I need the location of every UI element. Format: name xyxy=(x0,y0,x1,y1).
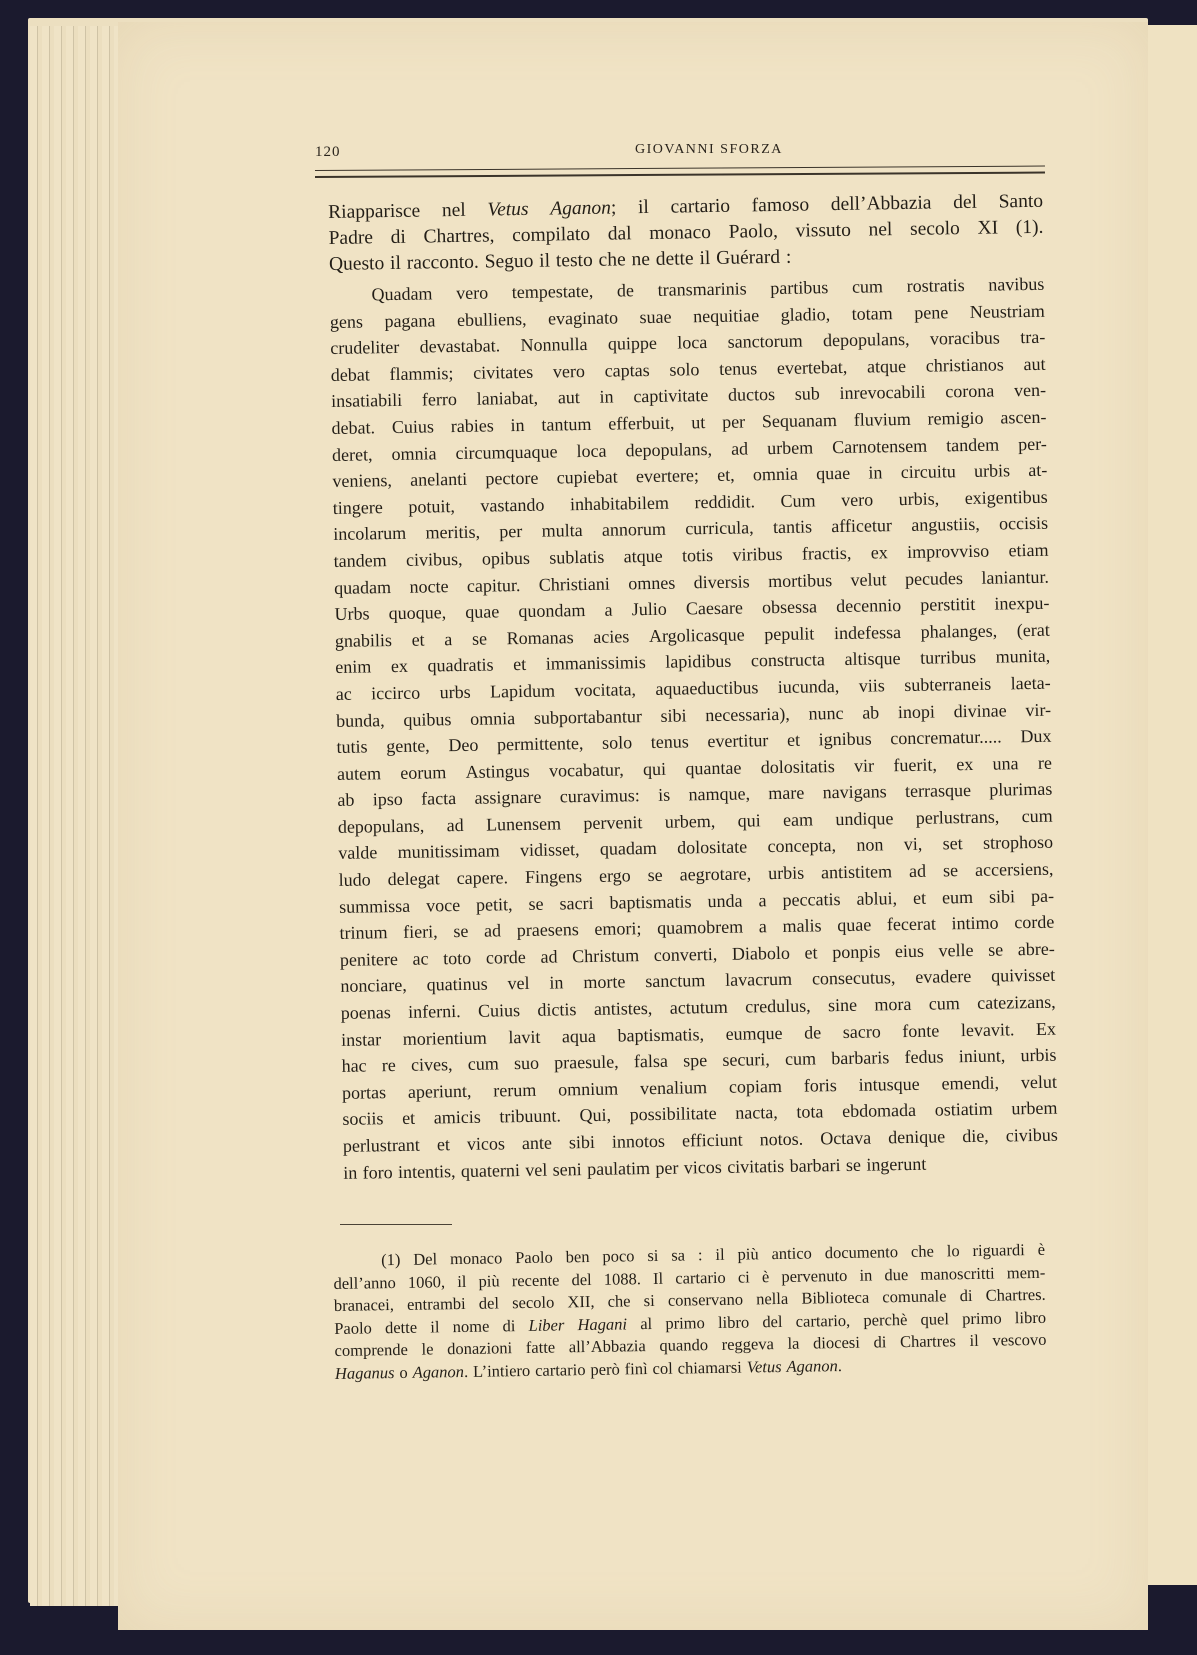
word: quamobrem xyxy=(657,914,743,942)
word: in xyxy=(343,1159,357,1186)
word: turribus xyxy=(920,644,976,671)
word: portas xyxy=(342,1079,386,1106)
word: nunc xyxy=(808,699,843,726)
word: XII, xyxy=(567,1291,594,1314)
word: pa- xyxy=(1031,882,1054,909)
word: testo xyxy=(556,248,593,275)
word: solo xyxy=(669,356,699,383)
word: se xyxy=(648,862,663,889)
word: converti, xyxy=(654,941,718,969)
word: credulus, xyxy=(745,993,811,1021)
word: in xyxy=(510,412,524,439)
word: evertitur xyxy=(707,727,768,755)
word: Vetus xyxy=(747,1355,782,1378)
word: tribuunt. xyxy=(499,1103,561,1131)
word: sacro xyxy=(843,1018,881,1045)
word: più xyxy=(737,1243,758,1266)
word: dette xyxy=(656,246,694,273)
word: aegrotare, xyxy=(679,861,751,889)
word: ebdomada xyxy=(842,1097,916,1125)
word: il xyxy=(969,1330,979,1353)
word: corde xyxy=(1014,909,1054,936)
word: libro xyxy=(1015,1306,1047,1329)
word: voracibus xyxy=(930,325,1000,353)
word: omnia xyxy=(470,705,515,732)
word: omnia xyxy=(753,461,798,488)
word: se xyxy=(528,890,543,917)
word: velut xyxy=(850,566,886,593)
word: Del xyxy=(413,1248,437,1271)
word: nonciare, xyxy=(340,972,407,1000)
word: terrasque xyxy=(905,777,971,805)
word: petit, xyxy=(476,891,513,918)
word: omnes xyxy=(628,569,675,596)
word: qui xyxy=(737,807,760,834)
word: a xyxy=(604,597,612,624)
word: Julio xyxy=(632,596,667,623)
word: corde xyxy=(486,944,526,971)
word: col xyxy=(652,1357,673,1380)
word: aquaeductibus xyxy=(655,674,758,702)
word: urbis xyxy=(1020,1042,1056,1069)
word: denique xyxy=(888,1123,945,1150)
word: ben xyxy=(566,1246,590,1269)
word: ad xyxy=(540,943,557,970)
word: exigentibus xyxy=(965,483,1048,511)
word: vi, xyxy=(904,831,923,858)
word: perlustrans, xyxy=(916,803,1000,831)
word: circumquaque xyxy=(455,438,557,466)
word: viis xyxy=(859,672,885,699)
word: fonte xyxy=(902,1017,939,1044)
word: sibi xyxy=(569,1129,595,1156)
word: civibus xyxy=(1006,1122,1058,1149)
word: il xyxy=(699,246,710,272)
word: angustiis, xyxy=(911,511,980,539)
word: ad xyxy=(909,858,926,885)
word: racconto. xyxy=(407,250,479,277)
word: tandem xyxy=(946,431,999,458)
word: diocesi xyxy=(813,1332,860,1355)
word: vidisset, xyxy=(520,837,580,865)
word: is xyxy=(658,782,670,809)
word: mora xyxy=(874,991,911,1018)
word: Aganon. xyxy=(786,1355,842,1378)
word: anelanti xyxy=(410,466,467,493)
word: immanissimis xyxy=(546,649,646,677)
word: urbis, xyxy=(898,485,939,512)
word: il xyxy=(715,1244,725,1267)
word: hac xyxy=(341,1053,366,1080)
word: Lunensem xyxy=(486,810,561,838)
word: fuerit, xyxy=(893,751,937,778)
word: libro xyxy=(718,1311,750,1334)
word: emendi, xyxy=(941,1069,999,1096)
word: sa xyxy=(671,1244,685,1267)
word: Chartres, xyxy=(423,223,494,250)
word: Padre xyxy=(328,225,373,252)
word: gnabilis xyxy=(335,627,392,654)
word: ci xyxy=(738,1266,750,1289)
word: veniens, xyxy=(332,467,392,495)
word: dell’Abbazia xyxy=(831,191,932,219)
word: assignare xyxy=(474,784,541,812)
word: navibus xyxy=(988,271,1044,298)
word: possibilitate xyxy=(629,1100,716,1128)
word: monaco xyxy=(450,1247,503,1270)
word: crudeliter xyxy=(330,334,399,362)
word: meritis, xyxy=(425,519,480,546)
word: actutum xyxy=(670,994,728,1022)
word: Dux xyxy=(1020,723,1051,750)
word: civitatis xyxy=(727,1153,784,1180)
word: monaco xyxy=(649,220,711,247)
word: pepulit xyxy=(764,620,814,647)
word: intusque xyxy=(858,1071,919,1099)
word: Qui, xyxy=(579,1102,611,1129)
word: incolarum xyxy=(333,520,406,548)
word: catezizans, xyxy=(977,989,1056,1017)
word: plurimas xyxy=(989,776,1052,804)
word: Paolo xyxy=(515,1247,553,1270)
word: suo xyxy=(514,1050,539,1077)
running-title: GIOVANNI SFORZA xyxy=(635,142,783,158)
word: depopulans, xyxy=(823,326,910,354)
word: una xyxy=(992,750,1018,777)
word: dette xyxy=(385,1316,417,1339)
word: baptismatis, xyxy=(617,1021,704,1049)
word: : xyxy=(786,245,792,271)
word: cum xyxy=(852,273,883,300)
word: Ex xyxy=(1036,1015,1056,1042)
word: totam xyxy=(852,300,893,327)
word: sublatis xyxy=(549,544,604,571)
word: inferni. xyxy=(408,998,461,1025)
word: dal xyxy=(608,221,632,247)
word: vicos xyxy=(684,1154,722,1181)
word: entrambi xyxy=(407,1293,466,1316)
word: tra- xyxy=(1020,324,1045,351)
word: se xyxy=(453,918,468,945)
word: namque, xyxy=(688,781,750,809)
word: decennio xyxy=(836,592,901,620)
word: inexpu- xyxy=(994,590,1049,617)
word: cum xyxy=(929,990,960,1017)
word: loca xyxy=(576,437,606,464)
word: Paolo xyxy=(334,1317,372,1340)
word: iniunt, xyxy=(959,1043,1006,1070)
word: et xyxy=(437,1131,450,1158)
word: autem xyxy=(337,760,381,787)
word: Christum xyxy=(572,942,639,970)
word: subportabantur xyxy=(534,703,642,731)
word: Caesare xyxy=(686,595,743,622)
word: foro xyxy=(362,1159,392,1186)
word: pagana xyxy=(384,307,435,334)
word: velle xyxy=(938,937,973,964)
word: finì xyxy=(625,1358,648,1381)
word: suae xyxy=(639,303,671,330)
word: o xyxy=(399,1361,408,1384)
word: bunda, xyxy=(336,707,385,734)
word: laeta- xyxy=(1010,670,1050,697)
word: multa xyxy=(541,517,582,544)
word: at- xyxy=(1028,457,1047,484)
word: all’Abbazia xyxy=(569,1335,646,1359)
word: Argolicasque xyxy=(649,621,745,649)
word: debat. xyxy=(331,414,375,441)
word: poenas xyxy=(341,999,391,1026)
word: Lapidum xyxy=(490,677,555,705)
word: chiamarsi xyxy=(677,1356,741,1380)
word: civibus, xyxy=(406,546,463,573)
word: Seguo xyxy=(484,249,533,276)
page-number: 120 xyxy=(315,144,341,161)
running-header: 120 GIOVANNI SFORZA xyxy=(315,140,1035,160)
word: ex xyxy=(956,751,973,778)
word: omnium xyxy=(558,1075,618,1103)
word: del xyxy=(953,190,977,216)
word: tenus xyxy=(719,355,757,382)
word: quoque, xyxy=(388,599,446,626)
word: per xyxy=(655,1154,678,1181)
word: recente xyxy=(512,1269,560,1292)
word: : xyxy=(698,1244,703,1267)
word: iucunda, xyxy=(778,673,840,701)
word: Haganus xyxy=(335,1362,395,1385)
word: tantum xyxy=(541,411,591,438)
word: capere. xyxy=(456,864,508,891)
word: fractis, xyxy=(802,540,852,567)
word: vocabatur, xyxy=(549,756,624,784)
word: fieri, xyxy=(403,919,438,946)
word: comunale xyxy=(882,1285,946,1309)
word: manoscritti xyxy=(920,1262,995,1286)
word: per xyxy=(722,408,745,435)
word: quatinus xyxy=(426,971,487,999)
word: si xyxy=(644,1290,655,1313)
word: rostratis xyxy=(906,272,964,300)
word: ad xyxy=(484,918,501,945)
word: circuitu xyxy=(901,458,956,485)
word: qui xyxy=(643,755,666,782)
word: voce xyxy=(426,892,460,919)
word: tandem xyxy=(333,547,386,574)
word: subterraneis xyxy=(904,671,991,699)
word: fatte xyxy=(526,1337,556,1360)
word: urbem xyxy=(1011,1095,1057,1122)
word: eorum xyxy=(400,759,446,786)
word: L’intiero xyxy=(473,1359,530,1382)
word: ergo xyxy=(599,862,631,889)
word: però xyxy=(590,1358,620,1381)
word: barbari xyxy=(789,1152,840,1179)
word: Vetus xyxy=(487,197,529,224)
word: nel xyxy=(442,198,466,224)
word: Cuius xyxy=(392,413,434,440)
footnote: (1)DelmonacoPaolobenpocosisa:ilpiùantico… xyxy=(333,1239,1047,1385)
word: nequitiae xyxy=(693,302,759,330)
word: quadam xyxy=(600,835,657,862)
word: lo xyxy=(947,1240,960,1263)
word: urbem, xyxy=(665,808,716,835)
word: di xyxy=(959,1285,972,1308)
word: al xyxy=(640,1312,652,1335)
word: transmarinis xyxy=(657,275,746,303)
word: atque xyxy=(624,543,663,570)
word: quaterni xyxy=(461,1157,520,1185)
word: gladio, xyxy=(780,301,830,328)
word: captivitate xyxy=(633,382,708,410)
word: solo xyxy=(602,729,632,756)
word: nel xyxy=(868,217,892,243)
word: Astingus xyxy=(465,758,529,786)
word: Romanas xyxy=(506,624,573,652)
word: valde xyxy=(338,840,377,867)
word: ductos xyxy=(728,381,775,408)
word: evaginato xyxy=(548,304,618,332)
word: christianos xyxy=(926,351,1004,379)
word: rabies xyxy=(451,412,494,439)
word: concepta, xyxy=(767,833,836,861)
word: quibus xyxy=(403,706,451,733)
word: il xyxy=(390,251,401,277)
word: cupiebat xyxy=(556,464,617,492)
word: più xyxy=(478,1270,499,1293)
word: velut xyxy=(1021,1068,1057,1095)
word: se xyxy=(943,857,958,884)
word: toto xyxy=(443,945,471,972)
word: rerum xyxy=(493,1077,536,1104)
word: antico xyxy=(771,1242,812,1265)
word: vastando xyxy=(480,491,544,519)
word: malis xyxy=(782,913,821,940)
word: loca xyxy=(677,329,707,356)
word: indefessa xyxy=(834,619,901,647)
word: Christiani xyxy=(539,570,610,598)
word: due xyxy=(884,1263,908,1286)
word: ab xyxy=(337,787,354,814)
word: sanctum xyxy=(645,968,705,996)
word: constructa xyxy=(751,647,825,675)
word: branacei, xyxy=(334,1294,394,1317)
word: perlustrant xyxy=(343,1132,420,1160)
word: Quadam xyxy=(371,280,432,308)
word: quae xyxy=(837,912,871,939)
word: di xyxy=(502,1315,515,1338)
word: per- xyxy=(1018,430,1047,457)
word: il xyxy=(457,1270,467,1293)
word: mortibus xyxy=(768,567,832,595)
word: civitates xyxy=(473,359,533,387)
word: urbem xyxy=(767,434,813,461)
word: seni xyxy=(552,1156,581,1183)
word: undique xyxy=(835,805,893,833)
word: emori; xyxy=(594,915,641,942)
word: vel xyxy=(525,1156,547,1183)
word: aut xyxy=(558,384,580,411)
word: evertebat, xyxy=(777,354,848,382)
word: XI xyxy=(977,215,998,241)
word: re xyxy=(1038,749,1052,776)
word: munita, xyxy=(996,643,1051,670)
word: intimo xyxy=(951,910,998,937)
word: consecutus, xyxy=(812,965,896,993)
word: vescovo xyxy=(992,1329,1046,1352)
word: set xyxy=(942,831,962,858)
word: amicis xyxy=(434,1104,481,1131)
word: se xyxy=(846,1151,861,1178)
word: intentis, xyxy=(398,1158,456,1185)
word: cum xyxy=(468,1051,499,1078)
word: et xyxy=(402,1105,415,1132)
word: die, xyxy=(962,1123,989,1150)
word: phalanges, xyxy=(920,617,997,645)
word: fluvium xyxy=(854,406,911,433)
word: sacri xyxy=(559,890,593,917)
word: aut xyxy=(1023,351,1045,378)
word: peccatis xyxy=(782,886,840,914)
word: ingerunt xyxy=(866,1150,926,1178)
word: viribus xyxy=(732,541,782,568)
word: dolositate xyxy=(677,834,747,862)
word: opibus xyxy=(482,545,530,572)
word: afficetur xyxy=(831,513,892,541)
word: per xyxy=(499,518,522,545)
word: Cum xyxy=(780,487,815,514)
word: accersiens, xyxy=(975,856,1054,884)
word: Guérard xyxy=(716,245,780,272)
word: perstitit xyxy=(920,591,975,618)
word: evertere; xyxy=(636,462,699,490)
word: barbaris xyxy=(831,1045,889,1073)
word: in xyxy=(868,459,882,486)
word: pectore xyxy=(485,465,538,492)
word: totis xyxy=(682,542,713,569)
word: ac xyxy=(336,681,352,708)
word: de xyxy=(804,1019,821,1046)
word: quippe xyxy=(608,330,657,357)
word: vocitata, xyxy=(574,676,636,704)
word: è xyxy=(762,1266,770,1289)
word: deret, xyxy=(332,441,373,468)
facing-page-edge xyxy=(1140,25,1197,1585)
word: ne xyxy=(631,247,650,273)
word: (1). xyxy=(1016,215,1044,241)
word: del xyxy=(571,1268,592,1291)
word: sociis xyxy=(342,1106,383,1133)
word: ad xyxy=(447,812,464,839)
word: eum xyxy=(942,884,973,911)
word: vero xyxy=(456,279,488,306)
word: obsessa xyxy=(762,593,817,620)
word: sub xyxy=(795,381,820,408)
word: Chartres. xyxy=(985,1284,1045,1307)
word: annorum xyxy=(602,516,666,544)
word: ut xyxy=(691,409,705,436)
word: che xyxy=(911,1241,934,1264)
word: urbs xyxy=(439,679,470,706)
word: strophoso xyxy=(983,829,1053,857)
word: ablui, xyxy=(856,885,897,912)
word: Deo xyxy=(448,732,478,759)
word: tingere xyxy=(333,494,383,521)
word: reddidit. xyxy=(694,488,755,516)
word: nella xyxy=(756,1288,788,1311)
word: ante xyxy=(522,1130,552,1157)
word: summissa xyxy=(339,892,410,920)
word: che xyxy=(598,247,625,273)
